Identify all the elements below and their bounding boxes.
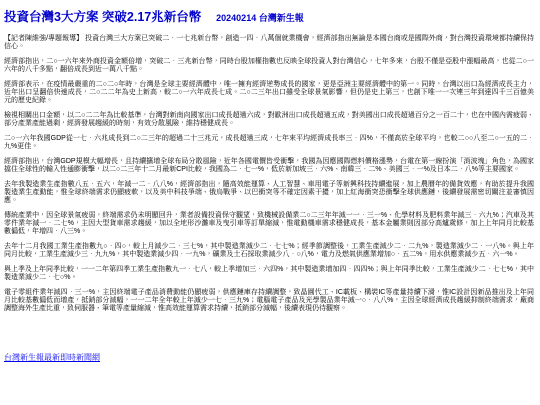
article-body: 【記者陳維強/專題報導】 投資台灣三大方案已突破二．一七兆新台幣，創造一四．八萬… [4,35,534,313]
article-paragraph-10: 與上季及上年同季比較，一一二年第四季工業生產指數九一．七八，較上季增加三．六四%… [4,266,534,282]
article-title: 投資台灣3大方案 突破2.17兆新台幣 [4,10,201,24]
article-paragraph-11: 電子零組件業年減四．三一%，主因終端電子產品消費動能仍顯疲弱，供應鏈庫存持續調整… [4,289,534,313]
article-paragraph-7: 去年我製造業生產指數八五．五六，年減一二．八八%，經濟部指出，隨高效能運算、人工… [4,181,534,205]
latest-news-link[interactable]: 台灣新生報最新即時新聞網 [4,353,100,362]
article-paragraph-2: 經濟部指出，二○一六年來外商投資金額倍增，突破二．三兆新台幣，同時台股加權指數也… [4,58,534,74]
article-date-source: 20240214 台灣新生報 [216,13,304,23]
footer-links: 台灣新生報最新即時新聞網 [4,347,534,365]
article-paragraph-6: 經濟部指出，台灣GDP規模大幅增長，且持續擴增全球布局分散風險，近年各國電價皆受… [4,158,534,174]
article-paragraph-9: 去年十二月我國工業生產指數九○．四○，較上月減少二．三七%，其中製造業減少二．七… [4,243,534,259]
article-paragraph-8: 傳統產業中，因全球景氣疲弱，終端需求仍未明顯回升，業者設備投資保守觀望，致機械設… [4,212,534,236]
article-paragraph-5: 二○一六年我國GDP從一七．六兆成長到二○二三年的超過二十三兆元，成長超過三成，… [4,135,534,151]
headline: 投資台灣3大方案 突破2.17兆新台幣 20240214 台灣新生報 [4,3,534,26]
news-article-page: 投資台灣3大方案 突破2.17兆新台幣 20240214 台灣新生報 【記者陳維… [0,0,540,405]
article-paragraph-lead: 【記者陳維強/專題報導】 投資台灣三大方案已突破二．一七兆新台幣，創造一四．八萬… [4,35,534,51]
article-paragraph-3: 經濟部表示，在疫情最嚴重的二○二○年時，台灣是全球主要經濟體中，唯一擁有經濟逆勢… [4,81,534,105]
article-paragraph-4: 檢視相關出口金額，以二○二二年為比較基準，台灣對新南向國家出口成長超過六成，對歐… [4,112,534,128]
